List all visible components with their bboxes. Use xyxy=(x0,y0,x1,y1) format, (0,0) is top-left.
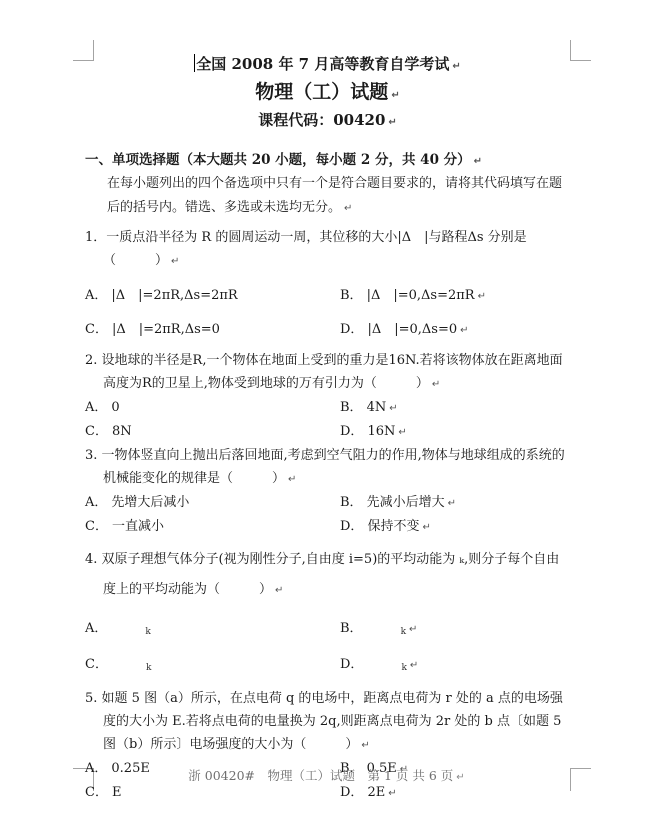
option-equation-fragment: k xyxy=(112,663,151,673)
question-4-options-ab: A．k B．k↵ xyxy=(85,618,570,643)
option-label: C． xyxy=(85,424,108,439)
question-number: 2. xyxy=(85,353,102,368)
paragraph-mark: ↵ xyxy=(171,256,179,267)
question-2-options-ab: A．0 B．4N↵ xyxy=(85,396,570,420)
option-text: |Δ |=2πR,Δs=2πR xyxy=(111,288,237,303)
option-d: D．保持不变↵ xyxy=(340,515,431,539)
question-number: 5. xyxy=(85,691,102,706)
option-label: B． xyxy=(340,400,363,415)
option-b: B．4N↵ xyxy=(340,396,398,420)
paragraph-mark: ↵ xyxy=(478,291,486,302)
course-code-text: 课程代码：00420 xyxy=(258,111,385,129)
question-text: 如题 5 图（a）所示，在点电荷 q 的电场中，距离点电荷为 r 处的 a 点的… xyxy=(102,691,563,752)
document-body: 全国 2008 年 7 月高等教育自学考试↵ 物理（工）试题↵ 课程代码：004… xyxy=(85,52,570,805)
question-number: 3. xyxy=(85,448,102,463)
paragraph-mark: ↵ xyxy=(452,61,460,72)
section-instructions-text: 在每小题列出的四个备选项中只有一个是符合题目要求的，请将其代码填写在题后的括号内… xyxy=(107,176,562,215)
option-label: D． xyxy=(340,519,363,534)
question-text: 设地球的半径是R,一个物体在地面上受到的重力是16N.若将该物体放在距离地面高度… xyxy=(102,353,563,391)
question-4: 4. 双原子理想气体分子(视为刚性分子,自由度 i=5)的平均动能为 ₖ,则分子… xyxy=(85,545,570,679)
paragraph-mark: ↵ xyxy=(474,156,482,167)
option-b: B．|Δ |=0,Δs=2πR↵ xyxy=(340,285,486,308)
question-4-options-cd: C．k D．k↵ xyxy=(85,654,570,679)
option-c: C．k xyxy=(85,654,340,679)
question-2-options-cd: C．8N D．16N↵ xyxy=(85,420,570,444)
option-d: D．k↵ xyxy=(340,654,418,679)
option-label: A． xyxy=(85,288,107,303)
paragraph-mark: ↵ xyxy=(410,660,418,671)
exam-title-line: 全国 2008 年 7 月高等教育自学考试↵ xyxy=(85,52,570,79)
option-text: |Δ |=2πR,Δs=0 xyxy=(112,322,220,337)
crop-mark-top-right xyxy=(570,40,591,61)
option-equation-fragment: k xyxy=(367,663,406,673)
question-2: 2. 设地球的半径是R,一个物体在地面上受到的重力是16N.若将该物体放在距离地… xyxy=(85,349,570,444)
page-footer: 浙 00420# 物理（工）试题 第 1 页 共 6 页↵ xyxy=(0,766,653,788)
exam-title-text: 全国 2008 年 7 月高等教育自学考试 xyxy=(196,55,449,73)
option-text: 0 xyxy=(111,400,119,415)
option-b: B．k↵ xyxy=(340,618,417,643)
option-text: 16N xyxy=(367,424,395,439)
paragraph-mark: ↵ xyxy=(460,325,468,336)
option-c: C．|Δ |=2πR,Δs=0 xyxy=(85,319,340,342)
paragraph-mark: ↵ xyxy=(288,474,296,485)
option-b: B．先减小后增大↵ xyxy=(340,491,456,515)
option-equation-fragment: k xyxy=(111,627,150,637)
question-1-text: 1．一质点沿半径为 R 的圆周运动一周，其位移的大小|Δ |与路程Δs 分别是（… xyxy=(85,226,570,273)
section-heading: 一、单项选择题（本大题共 20 小题，每小题 2 分，共 40 分）↵ xyxy=(85,150,570,172)
option-label: A． xyxy=(85,495,107,510)
option-label: B． xyxy=(340,621,363,636)
option-label: C． xyxy=(85,519,108,534)
option-label: D． xyxy=(340,322,363,337)
option-label: B． xyxy=(340,495,363,510)
option-text: 保持不变 xyxy=(367,519,419,534)
paragraph-mark: ↵ xyxy=(398,427,406,438)
paragraph-mark: ↵ xyxy=(361,740,369,751)
option-a: A．|Δ |=2πR,Δs=2πR xyxy=(85,285,340,308)
document-page: 全国 2008 年 7 月高等教育自学考试↵ 物理（工）试题↵ 课程代码：004… xyxy=(0,0,653,834)
question-1-options-cd: C．|Δ |=2πR,Δs=0 D．|Δ |=0,Δs=0↵ xyxy=(85,319,570,342)
option-text: 先增大后减小 xyxy=(111,495,189,510)
question-3-text: 3. 一物体竖直向上抛出后落回地面,考虑到空气阻力的作用,物体与地球组成的系统的… xyxy=(85,444,570,491)
option-text: 4N xyxy=(367,400,387,415)
option-equation-fragment: k xyxy=(367,627,406,637)
question-3: 3. 一物体竖直向上抛出后落回地面,考虑到空气阻力的作用,物体与地球组成的系统的… xyxy=(85,444,570,539)
option-text: 8N xyxy=(112,424,132,439)
option-a: A．先增大后减小 xyxy=(85,491,340,515)
paragraph-mark: ↵ xyxy=(275,585,283,596)
paragraph-mark: ↵ xyxy=(409,624,417,635)
question-number: 1． xyxy=(85,230,106,245)
paragraph-mark: ↵ xyxy=(388,788,396,799)
option-d: D．|Δ |=0,Δs=0↵ xyxy=(340,319,469,342)
option-c: C．8N xyxy=(85,420,340,444)
question-text: 一质点沿半径为 R 的圆周运动一周，其位移的大小|Δ |与路程Δs 分别是（ ） xyxy=(103,230,527,268)
option-d: D．16N↵ xyxy=(340,420,407,444)
paragraph-mark: ↵ xyxy=(432,379,440,390)
option-label: A． xyxy=(85,621,107,636)
option-label: D． xyxy=(340,657,363,672)
question-4-text: 4. 双原子理想气体分子(视为刚性分子,自由度 i=5)的平均动能为 ₖ,则分子… xyxy=(85,545,570,606)
question-3-options-cd: C．一直减小 D．保持不变↵ xyxy=(85,515,570,539)
question-2-text: 2. 设地球的半径是R,一个物体在地面上受到的重力是16N.若将该物体放在距离地… xyxy=(85,349,570,396)
question-1-options-ab: A．|Δ |=2πR,Δs=2πR B．|Δ |=0,Δs=2πR↵ xyxy=(85,285,570,308)
option-label: B． xyxy=(340,288,363,303)
question-1: 1．一质点沿半径为 R 的圆周运动一周，其位移的大小|Δ |与路程Δs 分别是（… xyxy=(85,226,570,342)
option-a: A．0 xyxy=(85,396,340,420)
option-label: A． xyxy=(85,400,107,415)
section-heading-text: 一、单项选择题（本大题共 20 小题，每小题 2 分，共 40 分） xyxy=(85,152,471,168)
paragraph-mark: ↵ xyxy=(389,403,397,414)
paragraph-mark: ↵ xyxy=(388,117,396,128)
section-instructions: 在每小题列出的四个备选项中只有一个是符合题目要求的，请将其代码填写在题后的括号内… xyxy=(107,172,570,220)
page-footer-text: 浙 00420# 物理（工）试题 第 1 页 共 6 页 xyxy=(188,768,453,783)
option-text: 一直减小 xyxy=(112,519,164,534)
question-number: 4. xyxy=(85,552,102,567)
subject-title-text: 物理（工）试题 xyxy=(255,81,388,103)
option-label: D． xyxy=(340,424,363,439)
paragraph-mark: ↵ xyxy=(448,498,456,509)
option-label: C． xyxy=(85,322,108,337)
question-text: 双原子理想气体分子(视为刚性分子,自由度 i=5)的平均动能为 ₖ,则分子每个自… xyxy=(102,552,560,597)
question-text: 一物体竖直向上抛出后落回地面,考虑到空气阻力的作用,物体与地球组成的系统的机械能… xyxy=(102,448,565,486)
paragraph-mark: ↵ xyxy=(422,522,430,533)
paragraph-mark: ↵ xyxy=(391,90,399,101)
question-5-text: 5. 如题 5 图（a）所示，在点电荷 q 的电场中，距离点电荷为 r 处的 a… xyxy=(85,687,570,757)
paragraph-mark: ↵ xyxy=(456,772,464,783)
option-text: |Δ |=0,Δs=0 xyxy=(367,322,457,337)
option-text: |Δ |=0,Δs=2πR xyxy=(367,288,475,303)
option-a: A．k xyxy=(85,618,340,643)
option-c: C．一直减小 xyxy=(85,515,340,539)
option-label: C． xyxy=(85,657,108,672)
question-3-options-ab: A．先增大后减小 B．先减小后增大↵ xyxy=(85,491,570,515)
option-text: 先减小后增大 xyxy=(367,495,445,510)
subject-title-line: 物理（工）试题↵ xyxy=(85,79,570,109)
course-code-line: 课程代码：00420↵ xyxy=(85,109,570,134)
paragraph-mark: ↵ xyxy=(344,203,352,214)
